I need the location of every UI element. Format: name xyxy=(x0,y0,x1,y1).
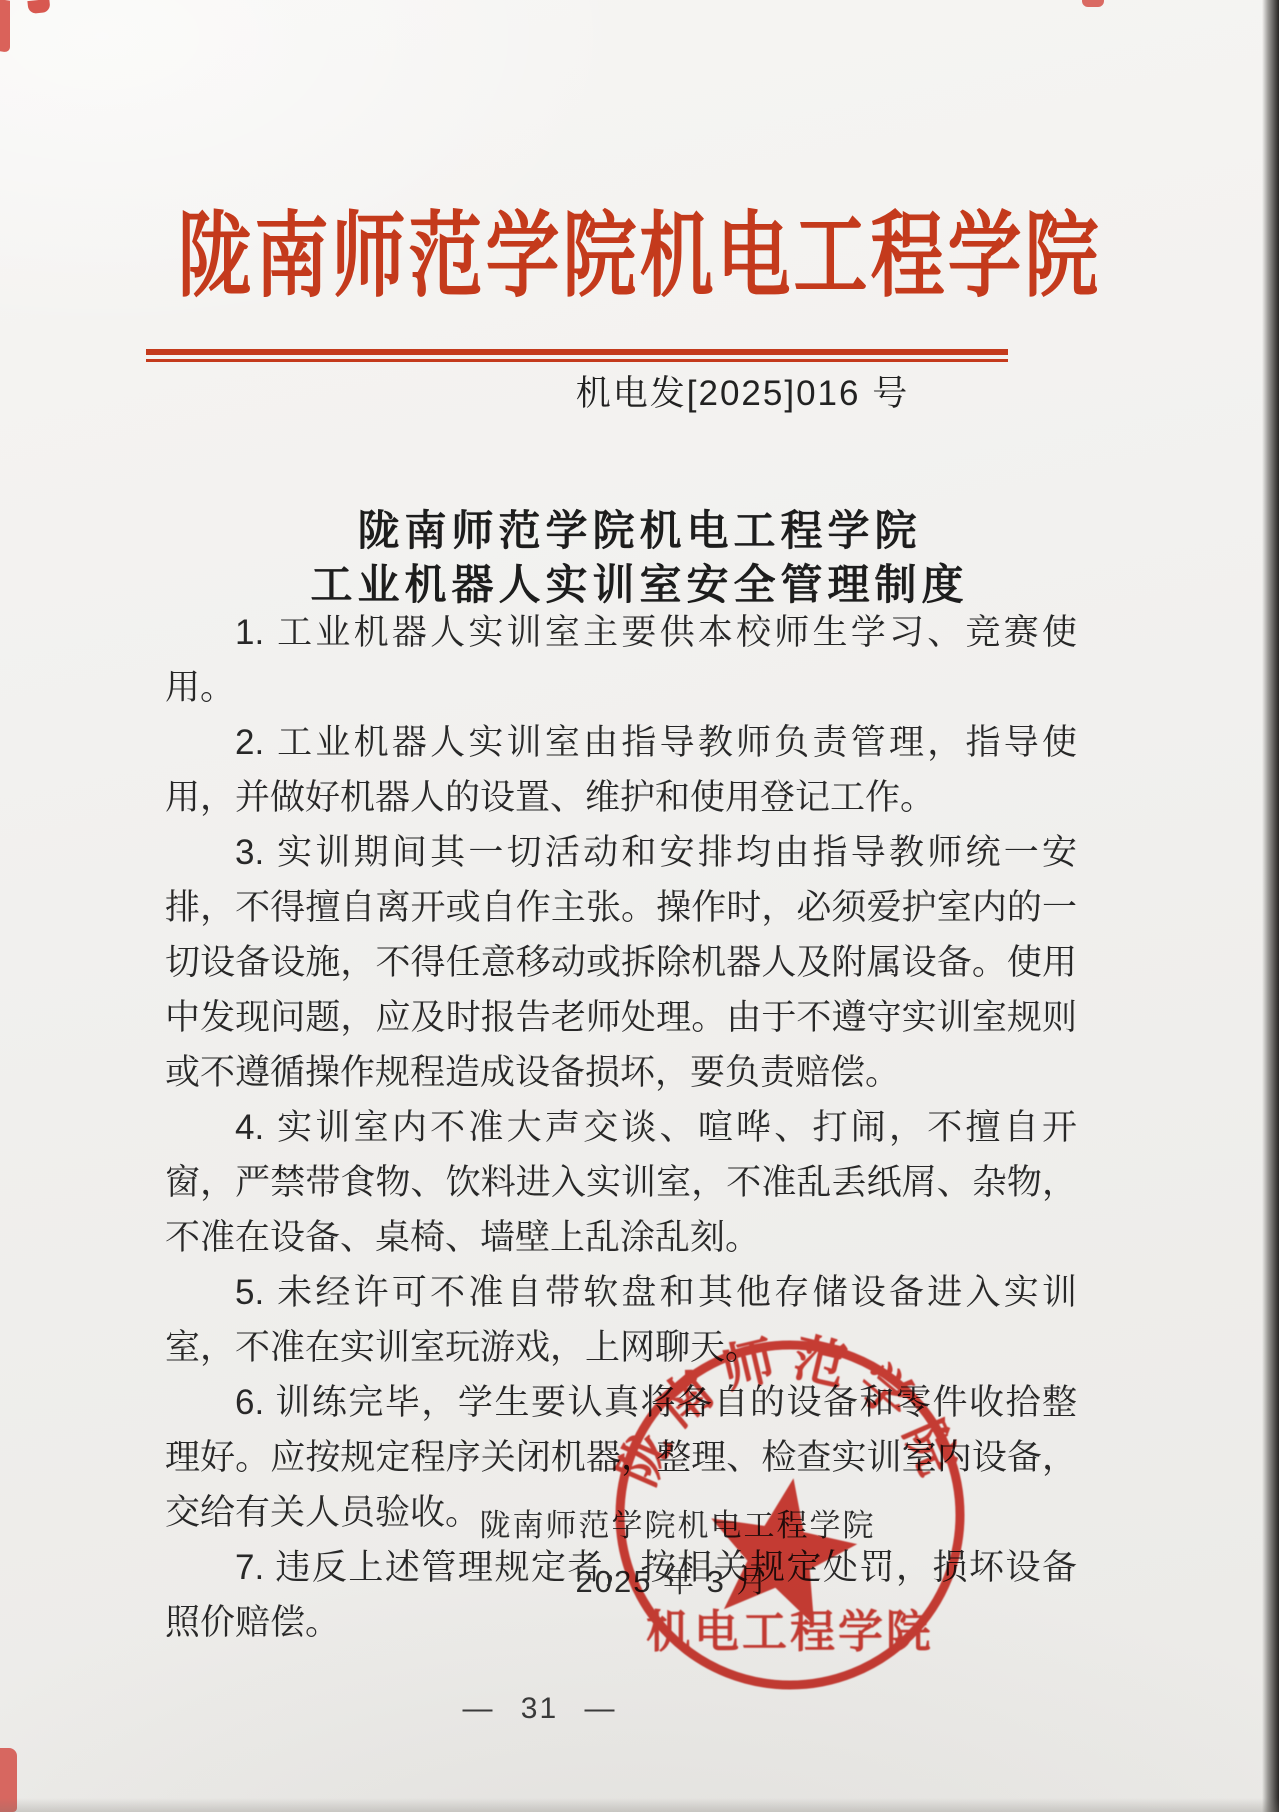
institution-masthead: 陇南师范学院机电工程学院 xyxy=(0,182,1279,316)
body-paragraph-2: 2. 工业机器人实训室由指导教师负责管理，指导使用，并做好机器人的设置、维护和使… xyxy=(165,715,1077,825)
masthead-divider-thick-line xyxy=(146,349,1008,355)
seal-arc-text: 陇南师范学院 xyxy=(608,1329,971,1495)
body-paragraph-1: 1. 工业机器人实训室主要供本校师生学习、竞赛使用。 xyxy=(165,605,1077,715)
scanned-document-page: 陇南师范学院机电工程学院 机电发[2025]016 号 陇南师范学院机电工程学院… xyxy=(0,0,1279,1812)
document-title-line-1: 陇南师范学院机电工程学院 xyxy=(0,498,1279,558)
page-number: — 31 — xyxy=(0,1692,1179,1726)
seal-star-icon xyxy=(711,1478,857,1625)
body-paragraph-3: 3. 实训期间其一切活动和安排均由指导教师统一安排，不得擅自离开或自作主张。操作… xyxy=(165,825,1077,1100)
red-ink-mark-top-right xyxy=(1082,0,1104,7)
masthead-divider-thin-line xyxy=(146,359,1008,362)
red-ink-mark-top-left-2 xyxy=(27,0,50,14)
masthead-divider xyxy=(146,349,1008,362)
official-seal: 陇南师范学院 机电工程学院 xyxy=(600,1325,980,1705)
scan-shadow-bottom-edge xyxy=(0,1798,1279,1812)
body-paragraph-4: 4. 实训室内不准大声交谈、喧哗、打闹，不擅自开窗，严禁带食物、饮料进入实训室，… xyxy=(165,1100,1077,1265)
red-ink-mark-top-left xyxy=(0,0,10,53)
document-number: 机电发[2025]016 号 xyxy=(103,366,1279,416)
document-title-line-2: 工业机器人实训室安全管理制度 xyxy=(0,552,1279,612)
seal-bottom-text: 机电工程学院 xyxy=(646,1606,934,1657)
